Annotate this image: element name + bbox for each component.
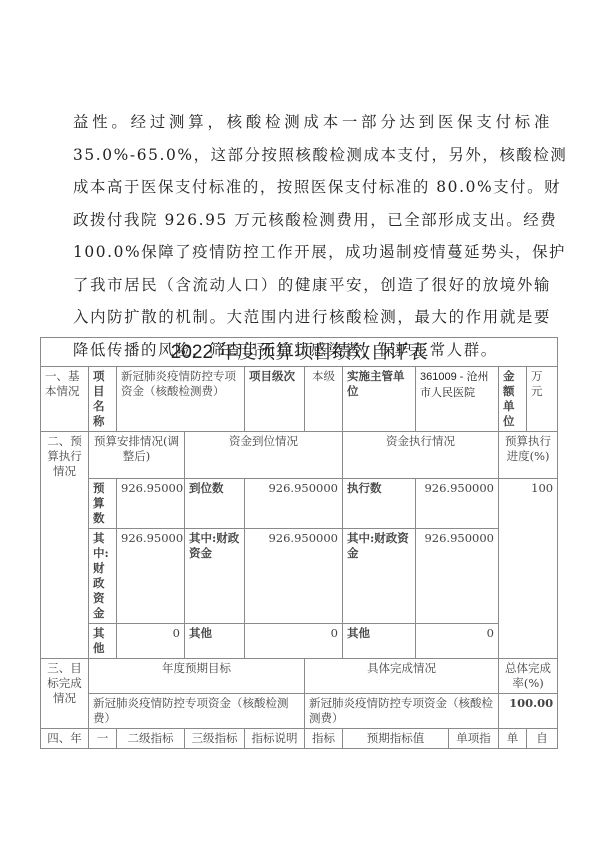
paragraph-line: 入内防扩散的机制。大范围内进行核酸检测，最大的作用就是要	[73, 301, 551, 334]
project-level-label: 项目级次	[245, 367, 305, 432]
paragraph-line: 成本高于医保支付标准的，按照医保支付标准的 80.0%支付。财	[73, 171, 551, 204]
self-eval-header: 自	[527, 729, 558, 749]
budget-arrangement-header: 预算安排情况(调整后)	[89, 432, 185, 479]
supervising-dept-value: 361009 - 沧州市人民医院	[416, 367, 499, 432]
section4-label: 四、年	[41, 729, 89, 749]
execution-fiscal-label: 其中:财政资金	[343, 529, 416, 624]
execution-other-value: 0	[416, 624, 499, 659]
paragraph-line: 政拨付我院 926.95 万元核酸检测费用，已全部形成支出。经费	[73, 204, 551, 237]
paragraph-line: 了我市居民（含流动人口）的健康平安，创造了很好的放境外输	[73, 269, 551, 302]
fund-arrival-header: 资金到位情况	[185, 432, 343, 479]
project-name-label: 项目名称	[89, 367, 117, 432]
execution-progress-header: 预算执行进度(%)	[499, 432, 558, 479]
execution-other-label: 其他	[343, 624, 416, 659]
budget-fiscal-value: 926.950000	[117, 529, 185, 624]
execution-value: 926.950000	[416, 479, 499, 529]
completion-value: 新冠肺炎疫情防控专项资金（核酸检测费）	[305, 694, 499, 729]
performance-evaluation-table: 2022 年度预算项目绩效自评表 一、基本情况 项目名称 新冠肺炎疫情防控专项资…	[40, 337, 558, 749]
amount-unit-label: 金额单位	[499, 367, 527, 432]
paragraph-line: 35.0%-65.0%，这部分按照核酸检测成本支付，另外，核酸检测	[73, 139, 551, 172]
unit-header: 单	[499, 729, 527, 749]
budget-other-value: 0	[117, 624, 185, 659]
project-name-value: 新冠肺炎疫情防控专项资金（核酸检测费）	[117, 367, 245, 432]
indicator-desc-header: 指标说明	[245, 729, 305, 749]
budget-row-label: 预算数	[89, 479, 117, 529]
arrival-other-value: 0	[245, 624, 343, 659]
section3-label: 三、目标完成情况	[41, 659, 89, 729]
annual-goal-value: 新冠肺炎疫情防控专项资金（核酸检测费）	[89, 694, 305, 729]
arrival-fiscal-label: 其中:财政资金	[185, 529, 245, 624]
execution-label: 执行数	[343, 479, 416, 529]
execution-progress-value: 100	[499, 479, 558, 659]
other-row-label: 其他	[89, 624, 117, 659]
annual-goal-header: 年度预期目标	[89, 659, 305, 694]
table-title: 2022 年度预算项目绩效自评表	[41, 338, 558, 367]
paragraph-line: 益性。经过测算，核酸检测成本一部分达到医保支付标准	[73, 106, 551, 139]
section1-label: 一、基本情况	[41, 367, 89, 432]
indicator-level2-header: 二级指标	[117, 729, 185, 749]
execution-fiscal-value: 926.950000	[416, 529, 499, 624]
arrival-other-label: 其他	[185, 624, 245, 659]
single-indicator-header: 单项指	[449, 729, 499, 749]
body-paragraph: 益性。经过测算，核酸检测成本一部分达到医保支付标准 35.0%-65.0%，这部…	[73, 106, 551, 366]
budget-value: 926.950000	[117, 479, 185, 529]
expected-value-header: 预期指标值	[343, 729, 449, 749]
amount-unit-value: 万元	[527, 367, 558, 432]
section2-label: 二、预算执行情况	[41, 432, 89, 659]
fund-execution-header: 资金执行情况	[343, 432, 499, 479]
paragraph-line: 100.0%保障了疫情防控工作开展，成功遏制疫情蔓延势头，保护	[73, 236, 551, 269]
arrival-value: 926.950000	[245, 479, 343, 529]
completion-rate-value: 100.00	[499, 694, 558, 729]
arrival-label: 到位数	[185, 479, 245, 529]
project-level-value: 本级	[305, 367, 343, 432]
completion-rate-header: 总体完成率(%)	[499, 659, 558, 694]
fiscal-fund-row-label: 其中:财政资金	[89, 529, 117, 624]
indicator-level1-header: 一	[89, 729, 117, 749]
indicator-header: 指标	[305, 729, 343, 749]
arrival-fiscal-value: 926.950000	[245, 529, 343, 624]
indicator-level3-header: 三级指标	[185, 729, 245, 749]
completion-header: 具体完成情况	[305, 659, 499, 694]
supervising-dept-label: 实施主管单位	[343, 367, 416, 432]
